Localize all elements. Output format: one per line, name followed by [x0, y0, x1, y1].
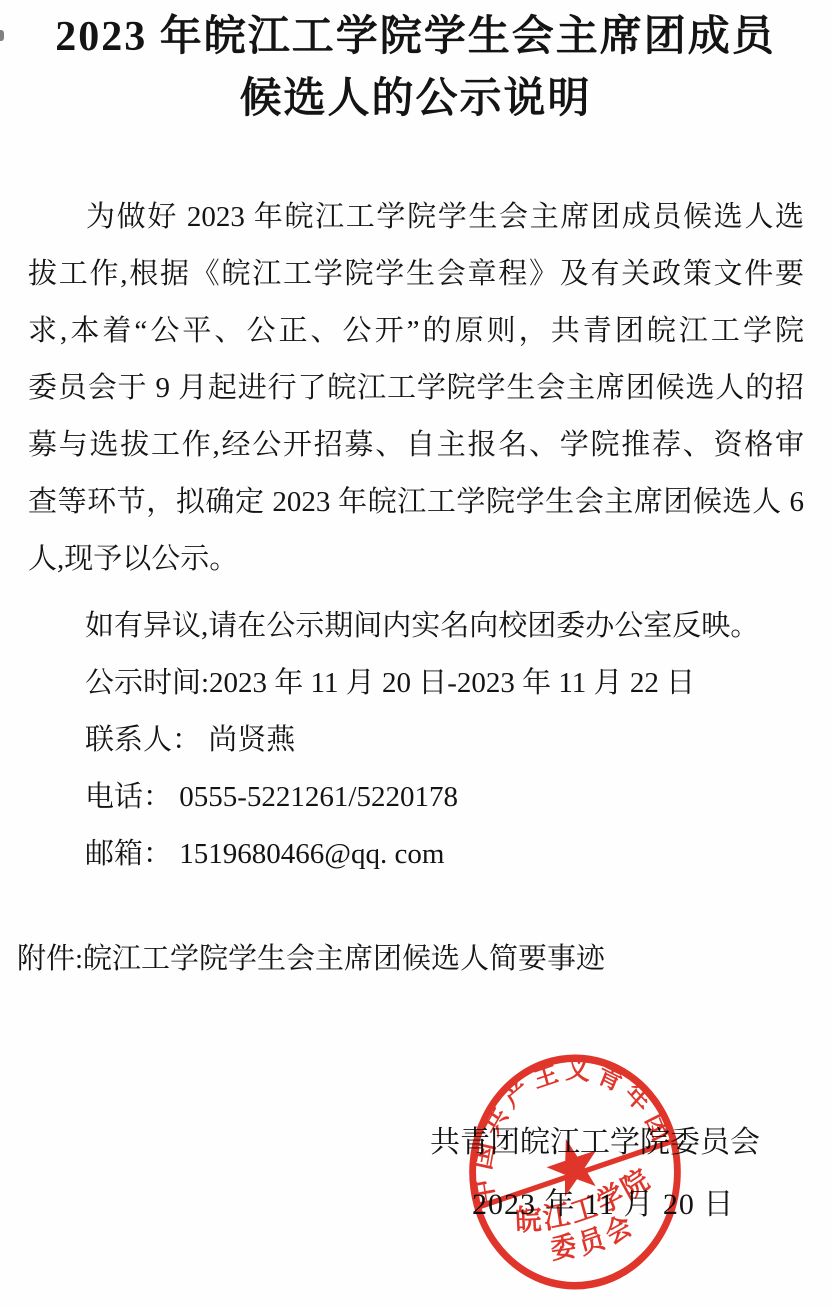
paragraph-line: 募与选拔工作,经公开招募、自主报名、学院推荐、资格审 — [28, 417, 804, 474]
paragraph-line: 拔工作,根据《皖江工学院学生会章程》及有关政策文件要 — [28, 246, 804, 303]
title-line-2: 候选人的公示说明 — [0, 68, 831, 130]
main-paragraph: 为做好 2023 年皖江工学院学生会主席团成员候选人选 拔工作,根据《皖江工学院… — [28, 189, 804, 588]
signature-date: 2023 年 11 月 20 日 — [472, 1187, 734, 1223]
objection-line: 如有异议,请在公示期间内实名向校团委办公室反映。 — [85, 598, 759, 655]
notice-page: 2023 年皖江工学院学生会主席团成员 候选人的公示说明 为做好 2023 年皖… — [0, 0, 831, 1308]
contact-block: 如有异议,请在公示期间内实名向校团委办公室反映。 公示时间:2023 年 11 … — [85, 598, 759, 883]
paragraph-line: 委员会于 9 月起进行了皖江工学院学生会主席团候选人的招 — [28, 360, 804, 417]
email-line: 邮箱： 1519680466@qq. com — [85, 826, 759, 883]
phone-line: 电话： 0555-5221261/5220178 — [85, 769, 759, 826]
paragraph-line: 求,本着“公平、公正、公开”的原则，共青团皖江工学院 — [28, 303, 804, 360]
paragraph-line: 为做好 2023 年皖江工学院学生会主席团成员候选人选 — [28, 189, 804, 246]
publicity-period-line: 公示时间:2023 年 11 月 20 日-2023 年 11 月 22 日 — [85, 655, 759, 712]
attachment-line: 附件:皖江工学院学生会主席团候选人简要事迹 — [17, 941, 605, 977]
paragraph-line: 人,现予以公示。 — [28, 531, 804, 588]
signature-organization: 共青团皖江工学院委员会 — [430, 1125, 760, 1161]
official-seal-graphic: 中国共产主义青年团 皖江工学院 委员会 — [458, 1042, 692, 1302]
seal-ring — [458, 1042, 692, 1302]
contact-person-line: 联系人： 尚贤燕 — [85, 712, 759, 769]
document-title: 2023 年皖江工学院学生会主席团成员 候选人的公示说明 — [0, 6, 831, 130]
title-line-1: 2023 年皖江工学院学生会主席团成员 — [0, 6, 831, 68]
official-seal: 中国共产主义青年团 皖江工学院 委员会 — [458, 1042, 692, 1302]
paragraph-line: 查等环节，拟确定 2023 年皖江工学院学生会主席团候选人 6 — [28, 474, 804, 531]
seal-group: 中国共产主义青年团 皖江工学院 委员会 — [458, 1042, 692, 1302]
